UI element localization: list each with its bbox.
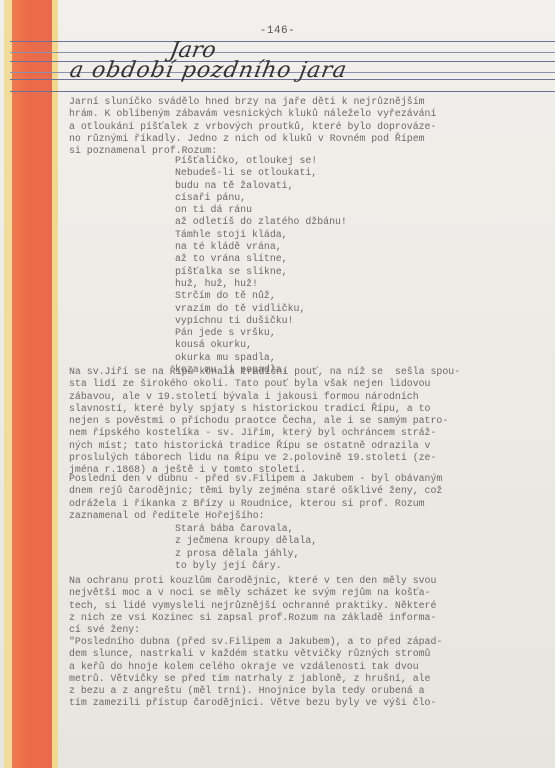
paragraph-intro: Jarní sluníčko svádělo hned brzy na jaře… (69, 96, 509, 157)
ruled-line (10, 41, 555, 42)
document-page: -146- Jaro a období pozdního jara Jarní … (0, 0, 555, 768)
ruled-line (10, 52, 555, 53)
title-line-2: a období pozdního jara (68, 58, 349, 83)
margin-stripe-red (12, 0, 52, 768)
ruled-line (10, 91, 555, 92)
verse-pistalka: Píšťaličko, otloukej se! Nebudeš-li se o… (175, 155, 347, 376)
margin-stripe-yellow (4, 0, 12, 768)
verse-baba: Stará bába čarovala, z ječmena kroupy dě… (175, 523, 317, 572)
margin-stripe-yellow-inner (52, 0, 58, 768)
paragraph-carodejnice: Poslední den v dubnu - před sv.Filipem a… (69, 473, 509, 522)
paragraph-quote: "Posledního dubna (před sv.Filipem a Jak… (69, 636, 509, 710)
paragraph-rip: Na sv.Jiří se na Řípu konala tradiční po… (69, 366, 509, 477)
paragraph-ochrana: Na ochranu proti kouzlům čarodějnic, kte… (69, 575, 509, 636)
page-number: -146- (0, 25, 555, 37)
